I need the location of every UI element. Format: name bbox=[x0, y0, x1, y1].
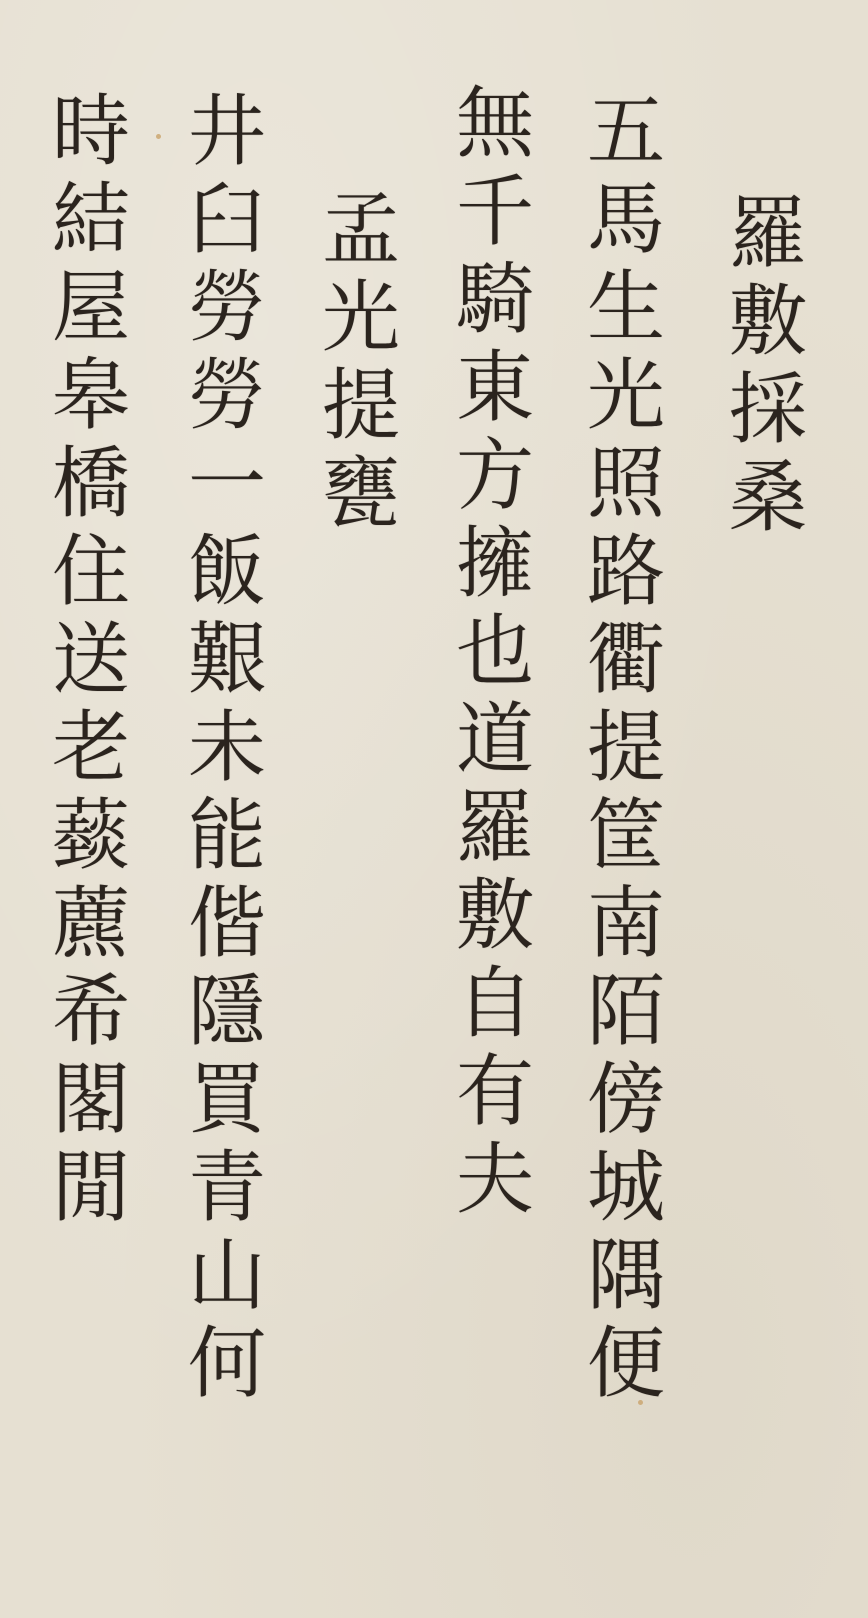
glyph: 擁 bbox=[456, 520, 534, 608]
glyph: 光 bbox=[322, 274, 400, 362]
glyph: 也 bbox=[456, 608, 534, 696]
glyph: 夫 bbox=[456, 1136, 534, 1224]
glyph: 提 bbox=[322, 362, 400, 450]
column-4-title: 孟 光 提 甕 bbox=[306, 186, 416, 538]
glyph: 勞 bbox=[188, 264, 266, 352]
glyph: 衢 bbox=[587, 616, 665, 704]
glyph: 勞 bbox=[188, 352, 266, 440]
glyph: 傍 bbox=[587, 1056, 665, 1144]
glyph: 無 bbox=[456, 80, 534, 168]
glyph: 隅 bbox=[587, 1232, 665, 1320]
calligraphy-page: 羅 敷 採 桑 五 馬 生 光 照 路 衢 提 筐 南 陌 傍 城 隅 便 無 … bbox=[0, 0, 868, 1618]
glyph: 筐 bbox=[587, 792, 665, 880]
glyph: 桑 bbox=[729, 454, 807, 542]
glyph: 路 bbox=[587, 528, 665, 616]
glyph: 生 bbox=[587, 264, 665, 352]
glyph: 敷 bbox=[456, 872, 534, 960]
paper-speck bbox=[156, 134, 161, 139]
glyph: 南 bbox=[587, 880, 665, 968]
glyph: 住 bbox=[52, 528, 130, 616]
glyph: 能 bbox=[188, 792, 266, 880]
glyph: 羅 bbox=[729, 190, 807, 278]
glyph: 千 bbox=[456, 168, 534, 256]
glyph: 光 bbox=[587, 352, 665, 440]
glyph: 自 bbox=[456, 960, 534, 1048]
column-3-verse: 無 千 騎 東 方 擁 也 道 羅 敷 自 有 夫 bbox=[440, 80, 550, 1224]
glyph: 藨 bbox=[52, 880, 130, 968]
glyph: 騎 bbox=[456, 256, 534, 344]
glyph: 東 bbox=[456, 344, 534, 432]
glyph: 提 bbox=[587, 704, 665, 792]
column-2-verse: 五 馬 生 光 照 路 衢 提 筐 南 陌 傍 城 隅 便 bbox=[571, 88, 681, 1408]
glyph: 山 bbox=[188, 1232, 266, 1320]
glyph: 便 bbox=[587, 1320, 665, 1408]
glyph: 隱 bbox=[188, 968, 266, 1056]
glyph: 何 bbox=[188, 1320, 266, 1408]
glyph: 一 bbox=[188, 440, 266, 528]
glyph: 有 bbox=[456, 1048, 534, 1136]
paper-speck bbox=[638, 1400, 643, 1405]
column-1-title: 羅 敷 採 桑 bbox=[713, 190, 823, 542]
glyph: 羅 bbox=[456, 784, 534, 872]
glyph: 方 bbox=[456, 432, 534, 520]
glyph: 閒 bbox=[52, 1144, 130, 1232]
glyph: 道 bbox=[456, 696, 534, 784]
glyph: 老 bbox=[52, 704, 130, 792]
glyph: 甕 bbox=[322, 450, 400, 538]
glyph: 五 bbox=[587, 88, 665, 176]
glyph: 買 bbox=[188, 1056, 266, 1144]
glyph: 閣 bbox=[52, 1056, 130, 1144]
glyph: 孟 bbox=[322, 186, 400, 274]
glyph: 偕 bbox=[188, 880, 266, 968]
glyph: 䕭 bbox=[52, 792, 130, 880]
glyph: 結 bbox=[52, 176, 130, 264]
glyph: 城 bbox=[587, 1144, 665, 1232]
column-5-verse: 井 臼 勞 勞 一 飯 艱 未 能 偕 隱 買 青 山 何 bbox=[172, 88, 282, 1408]
glyph: 井 bbox=[188, 88, 266, 176]
column-6-verse: 時 結 屋 皋 橋 住 送 老 䕭 藨 希 閣 閒 bbox=[36, 88, 146, 1232]
glyph: 送 bbox=[52, 616, 130, 704]
glyph: 時 bbox=[52, 88, 130, 176]
glyph: 屋 bbox=[52, 264, 130, 352]
glyph: 青 bbox=[188, 1144, 266, 1232]
glyph: 皋 bbox=[52, 352, 130, 440]
glyph: 飯 bbox=[188, 528, 266, 616]
glyph: 艱 bbox=[188, 616, 266, 704]
glyph: 未 bbox=[188, 704, 266, 792]
glyph: 陌 bbox=[587, 968, 665, 1056]
glyph: 臼 bbox=[188, 176, 266, 264]
glyph: 馬 bbox=[587, 176, 665, 264]
glyph: 敷 bbox=[729, 278, 807, 366]
glyph: 橋 bbox=[52, 440, 130, 528]
glyph: 希 bbox=[52, 968, 130, 1056]
glyph: 照 bbox=[587, 440, 665, 528]
glyph: 採 bbox=[729, 366, 807, 454]
